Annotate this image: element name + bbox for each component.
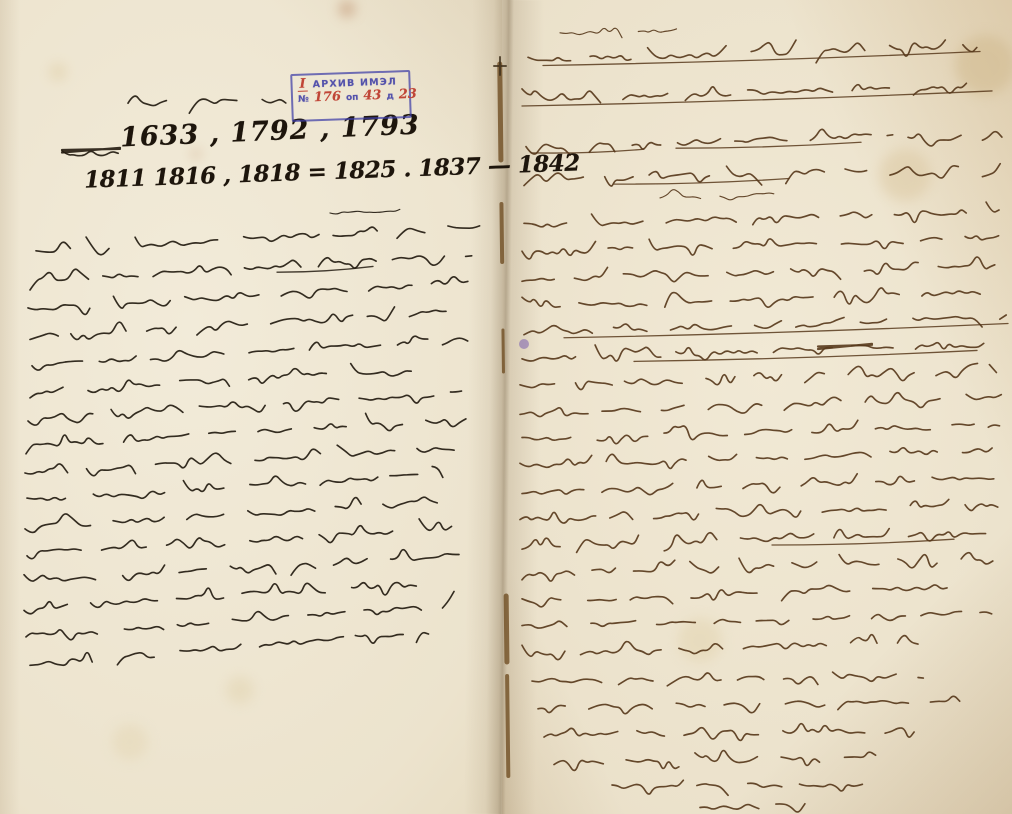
handwriting-line [522, 257, 995, 282]
handwriting-line [25, 445, 454, 475]
handwriting-line [526, 129, 893, 155]
handwriting-line [32, 336, 468, 370]
handwriting-line [660, 190, 774, 200]
handwriting-line [520, 393, 1001, 417]
stamp-d-label: д [386, 92, 394, 102]
handwriting-line [560, 28, 677, 37]
handwriting-line [522, 83, 966, 102]
stamp-op-label: оп [346, 93, 359, 103]
handwriting-line [26, 413, 466, 453]
manuscript-photo: 1633 , 1792 , 1793 1811 1816 , 1818 = 18… [0, 0, 1012, 814]
handwriting-line [522, 529, 986, 553]
handwriting-line [554, 751, 876, 771]
handwriting-line [520, 448, 992, 469]
handwriting-line [522, 288, 980, 307]
underline-stroke [543, 52, 980, 66]
stamp-op-value: 43 [363, 89, 382, 103]
cross-pen-mark [494, 57, 506, 75]
handwriting-line [908, 132, 1002, 146]
handwriting-line [330, 209, 400, 214]
handwriting-line [520, 363, 996, 389]
handwriting-line [30, 256, 472, 290]
handwriting-line [522, 474, 994, 495]
underline-stroke [564, 324, 1008, 338]
handwriting-line [544, 724, 914, 741]
handwriting-line [524, 202, 999, 227]
stitch-mark [506, 596, 507, 662]
handwriting-line [25, 497, 437, 532]
handwriting-line [522, 343, 984, 361]
handwriting-line [24, 583, 416, 614]
stitch-mark [500, 64, 501, 160]
handwriting-line [532, 672, 923, 686]
handwriting-line [700, 804, 805, 812]
purple-ink-spot [519, 339, 529, 349]
underline-stroke [277, 266, 373, 272]
handwriting-line [28, 277, 468, 315]
handwriting-line [538, 696, 960, 713]
handwriting-line [524, 315, 1006, 335]
handwriting-line [520, 499, 998, 523]
handwriting-line [30, 364, 411, 398]
handwriting-line [612, 780, 862, 795]
stamp-no-value: 176 [314, 90, 342, 104]
handwriting-line [890, 164, 1000, 178]
handwriting-line [30, 633, 429, 666]
handwriting-line [522, 420, 1000, 443]
stamp-fond-numeral: I [297, 78, 308, 92]
stamp-number-row: № 176 оп 43 д 23 [298, 88, 405, 105]
handwriting-line [128, 96, 286, 113]
handwriting-line [24, 550, 459, 581]
stitch-mark [503, 330, 504, 372]
archive-stamp: I АРХИВ ИМЭЛ № 176 оп 43 д 23 [290, 70, 412, 122]
handwriting-line [522, 611, 992, 628]
handwriting-line [522, 585, 947, 607]
handwriting-line [26, 592, 454, 640]
handwriting-line [522, 236, 999, 259]
stamp-d-value: 23 [399, 88, 418, 102]
stamp-no-label: № [298, 94, 309, 104]
handwriting-line [36, 226, 480, 255]
stitch-mark [501, 204, 502, 262]
handwriting-line [522, 635, 918, 660]
handwriting-line [30, 307, 446, 340]
handwriting-line [528, 40, 977, 63]
stitch-mark [507, 676, 508, 776]
handwriting-line [28, 391, 462, 425]
handwriting-line [522, 553, 993, 581]
